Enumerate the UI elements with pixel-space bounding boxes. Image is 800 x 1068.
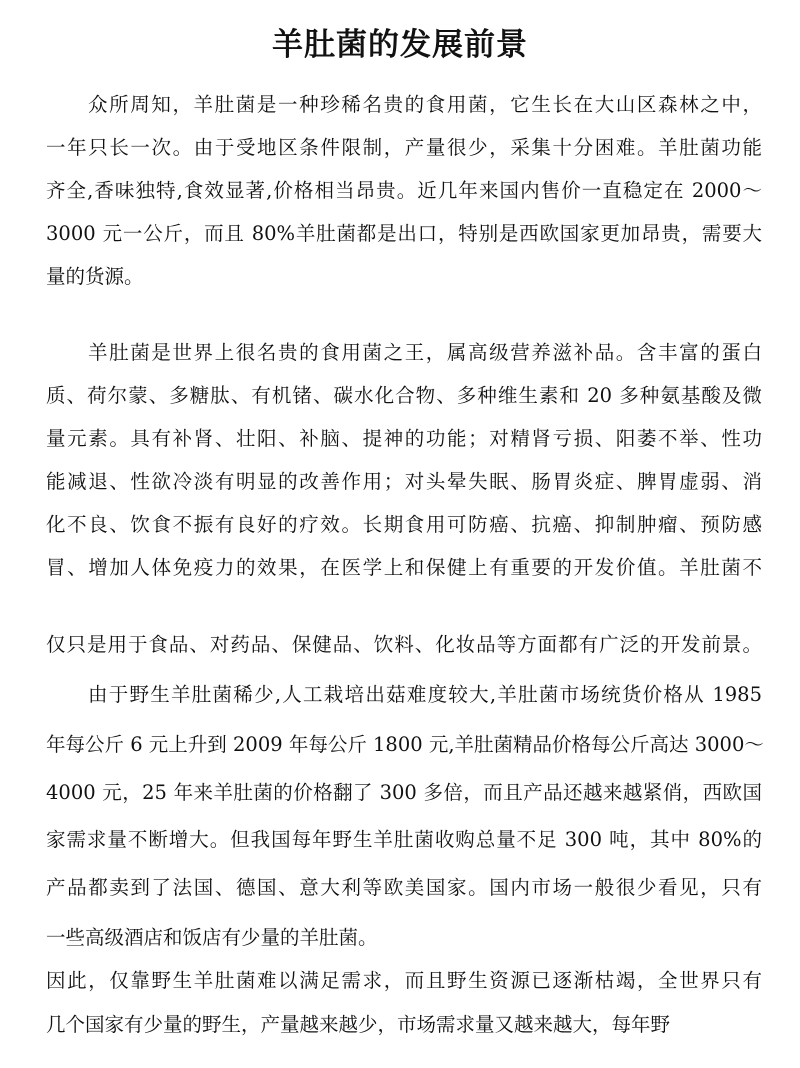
text-line: 冒、增加人体免疫力的效果，在医学上和保健上有重要的开发价值。羊肚菌不: [46, 554, 762, 582]
text-line: 产品都卖到了法国、德国、意大利等欧美国家。国内市场一般很少看见，只有: [46, 874, 762, 902]
text-line: 家需求量不断增大。但我国每年野生羊肚菌收购总量不足 300 吨，其中 80%的: [46, 826, 762, 854]
text-line: 量元素。具有补肾、壮阳、补脑、提神的功能；对精肾亏损、阳萎不举、性功: [46, 425, 762, 453]
text-line: 因此，仅靠野生羊肚菌难以满足需求，而且野生资源已逐渐枯竭，全世界只有: [46, 967, 762, 995]
text-line: 仅只是用于食品、对药品、保健品、饮料、化妆品等方面都有广泛的开发前景。: [46, 631, 762, 659]
text-line: 3000 元一公斤，而且 80%羊肚菌都是出口，特别是西欧国家更加昂贵，需要大: [46, 220, 762, 248]
text-line: 质、荷尔蒙、多糖肽、有机锗、碳水化合物、多种维生素和 20 多种氨基酸及微: [46, 382, 762, 410]
text-line: 4000 元，25 年来羊肚菌的价格翻了 300 多倍，而且产品还越来越紧俏，西…: [46, 779, 762, 807]
text-line: 一些高级酒店和饭店有少量的羊肚菌。: [46, 924, 762, 952]
text-line: 能减退、性欲冷淡有明显的改善作用；对头晕失眠、肠胃炎症、脾胃虚弱、消: [46, 468, 762, 496]
text-line: 由于野生羊肚菌稀少,人工栽培出菇难度较大,羊肚菌市场统货价格从 1985: [88, 681, 762, 709]
text-line: 量的货源。: [46, 263, 762, 291]
text-line: 众所周知，羊肚菌是一种珍稀名贵的食用菌，它生长在大山区森林之中，: [88, 91, 762, 119]
page-title: 羊肚菌的发展前景: [0, 22, 800, 68]
text-line: 化不良、饮食不振有良好的疗效。长期食用可防癌、抗癌、抑制肿瘤、预防感: [46, 511, 762, 539]
text-line: 齐全,香味独特,食效显著,价格相当昂贵。近几年来国内售价一直稳定在 2000～: [46, 177, 762, 205]
text-line: 羊肚菌是世界上很名贵的食用菌之王，属高级营养滋补品。含丰富的蛋白: [88, 339, 762, 367]
text-line: 年每公斤 6 元上升到 2009 年每公斤 1800 元,羊肚菌精品价格每公斤高…: [46, 731, 762, 759]
text-line: 几个国家有少量的野生，产量越来越少，市场需求量又越来越大，每年野: [46, 1011, 762, 1039]
text-line: 一年只长一次。由于受地区条件限制，产量很少，采集十分困难。羊肚菌功能: [46, 134, 762, 162]
